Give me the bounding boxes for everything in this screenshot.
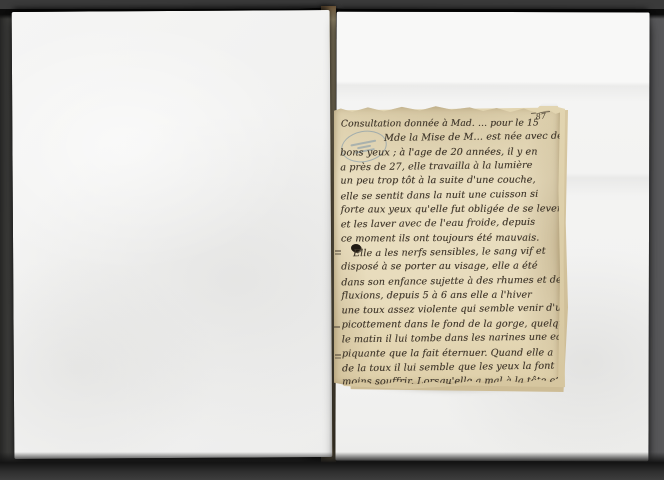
archival-scan: 7bre 87 Consultation donnée à Mad. … pou… xyxy=(0,0,664,480)
handwriting-line: le matin il lui tombe dans les narines u… xyxy=(342,331,556,348)
manuscript-stack: 7bre 87 Consultation donnée à Mad. … pou… xyxy=(334,96,574,398)
margin-tick xyxy=(335,354,341,356)
margin-tick xyxy=(334,326,340,328)
handwriting-line: Mde la Mise de M… est née avec de xyxy=(384,130,554,147)
blank-left-page xyxy=(12,10,333,459)
manuscript-page: 7bre 87 Consultation donnée à Mad. … pou… xyxy=(334,104,560,386)
handwriting-line: un peu trop tôt à la suite d'une couche, xyxy=(340,174,554,189)
handwriting-line: et les laver avec de l'eau froide, depui… xyxy=(341,216,555,233)
backdrop-bottom-band xyxy=(0,452,664,480)
handwritten-text-block: Consultation donnée à Mad. … pour le 15 … xyxy=(340,116,556,390)
